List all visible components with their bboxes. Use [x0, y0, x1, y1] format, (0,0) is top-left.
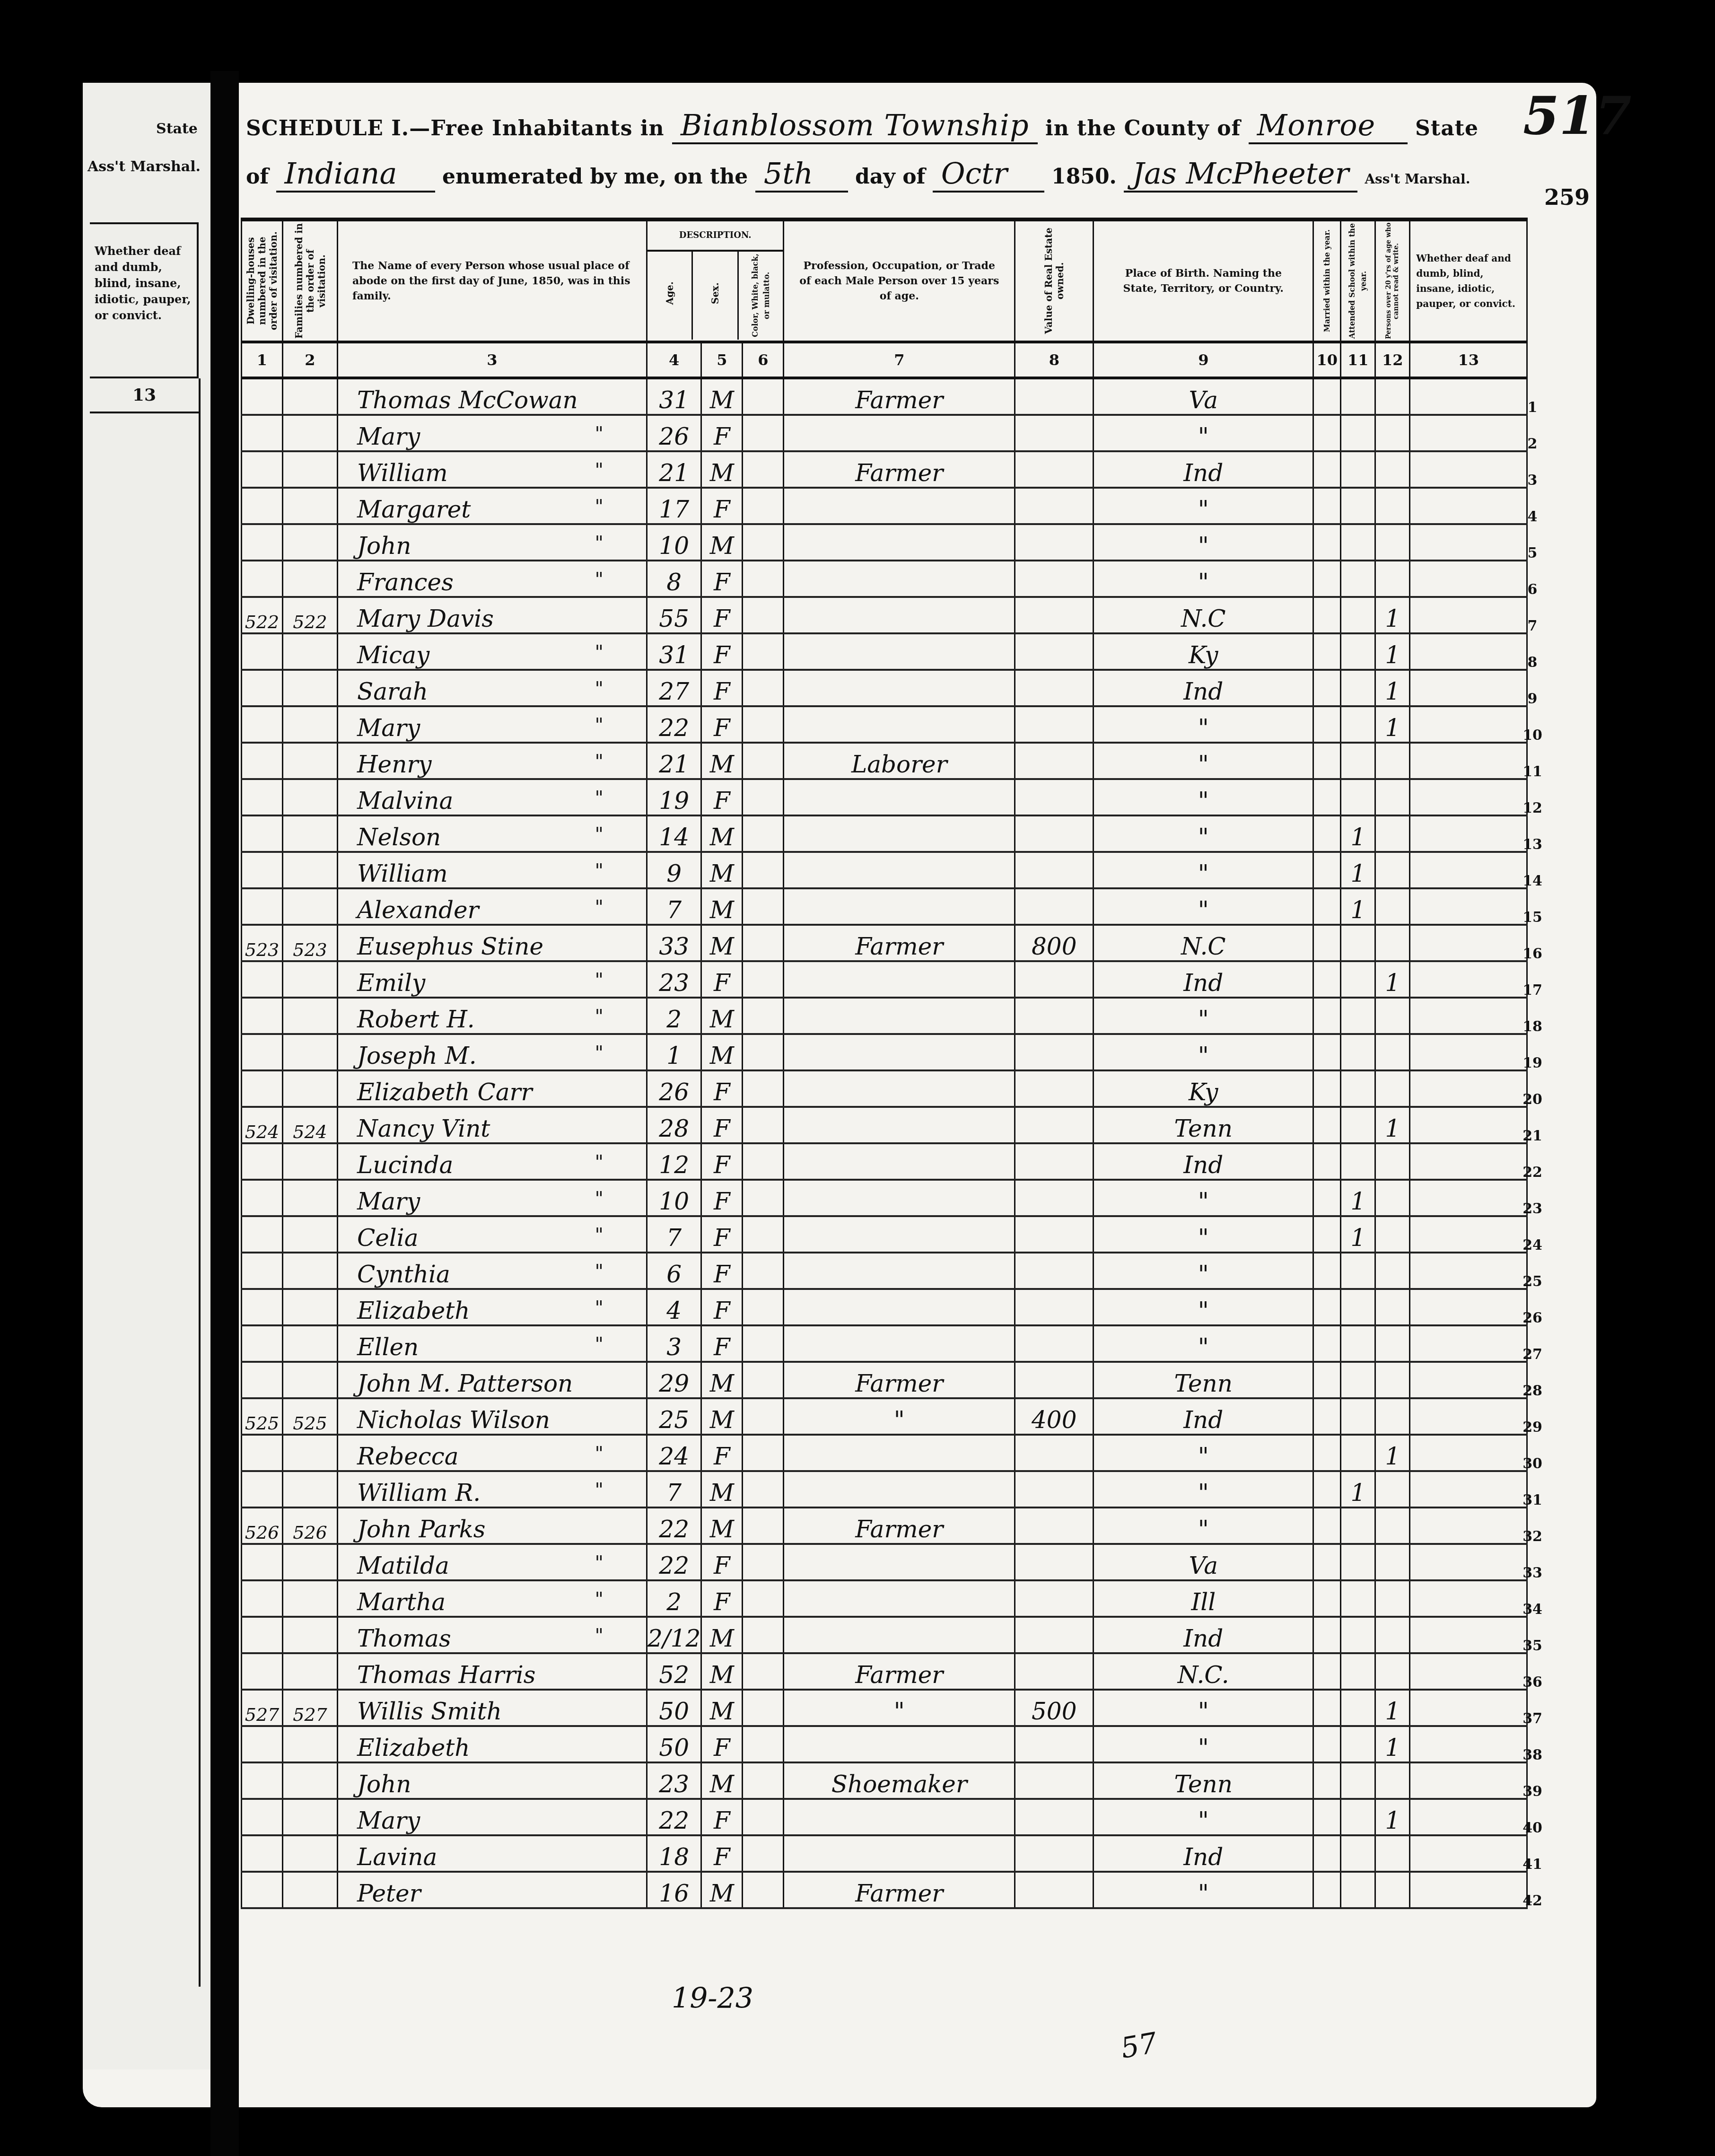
dwelling-number-cell	[242, 1070, 283, 1107]
birthplace: "	[1198, 1188, 1209, 1215]
married-mark-cell	[1313, 779, 1341, 815]
birthplace-cell: "	[1094, 561, 1313, 597]
person-name: Cynthia	[357, 1261, 450, 1288]
family-number-cell: 524	[283, 1107, 338, 1143]
person-name: Nicholas Wilson	[357, 1406, 550, 1434]
real-estate-value-cell	[1015, 1325, 1094, 1362]
real-estate-value: 400	[1032, 1406, 1076, 1434]
condition-cell	[1410, 1690, 1527, 1726]
line-number: 31	[1518, 1482, 1547, 1518]
birthplace-cell: "	[1094, 488, 1313, 524]
sex-cell: F	[701, 1726, 743, 1762]
dwelling-number: 524	[245, 1122, 280, 1142]
line-number: 36	[1518, 1664, 1547, 1700]
family-number-cell	[283, 415, 338, 451]
birthplace-cell: Ky	[1094, 633, 1313, 670]
dwelling-number-cell	[242, 852, 283, 888]
age-cell: 10	[647, 1180, 701, 1216]
occupation-cell: Farmer	[784, 1362, 1015, 1398]
illiterate-mark-cell	[1375, 1544, 1410, 1580]
age-cell: 2	[647, 1580, 701, 1617]
person-name: John M. Patterson	[357, 1370, 573, 1397]
school-mark: 1	[1350, 824, 1365, 851]
school-mark-cell: 1	[1341, 888, 1375, 925]
married-mark-cell	[1313, 888, 1341, 925]
condition-cell	[1410, 925, 1527, 961]
sex-cell: F	[701, 1253, 743, 1289]
age-cell: 22	[647, 1507, 701, 1544]
birthplace: "	[1198, 714, 1209, 742]
illiterate-mark-cell: 1	[1375, 1107, 1410, 1143]
line-number: 33	[1518, 1555, 1547, 1591]
age: 31	[659, 386, 689, 414]
school-mark-cell	[1341, 925, 1375, 961]
family-number-cell	[283, 1435, 338, 1471]
real-estate-value: 500	[1032, 1698, 1076, 1725]
birthplace: "	[1198, 1443, 1209, 1470]
age: 2	[666, 1588, 682, 1616]
illiterate-mark-cell	[1375, 888, 1410, 925]
occupation-cell	[784, 998, 1015, 1034]
birthplace-cell: "	[1094, 998, 1313, 1034]
person-name-cell: Nelson"	[338, 815, 647, 852]
married-mark-cell	[1313, 1325, 1341, 1362]
dwelling-number-cell	[242, 779, 283, 815]
person-name-cell: Thomas McCowan	[338, 378, 647, 415]
page-number: 259	[1544, 184, 1590, 210]
occupation: Farmer	[855, 1880, 943, 1907]
real-estate-value-cell	[1015, 1653, 1094, 1690]
occupation-cell	[784, 1580, 1015, 1617]
occupation-cell: Farmer	[784, 925, 1015, 961]
color-cell	[743, 1799, 784, 1835]
sex: M	[710, 459, 734, 487]
birthplace-cell: "	[1094, 743, 1313, 779]
school-mark: 1	[1350, 1188, 1365, 1215]
age-cell: 16	[647, 1872, 701, 1908]
occupation-cell: Farmer	[784, 1872, 1015, 1908]
person-name: Mary	[357, 1807, 420, 1834]
occupation: "	[894, 1406, 905, 1434]
occupation-cell	[784, 961, 1015, 998]
school-mark-cell	[1341, 1034, 1375, 1070]
occupation-cell: "	[784, 1690, 1015, 1726]
person-name: William	[357, 860, 448, 887]
school-mark-cell	[1341, 706, 1375, 743]
left-strip-col13-header: Whether deaf and dumb, blind, insane, id…	[90, 222, 199, 378]
family-number: 524	[293, 1122, 327, 1142]
sex-cell: F	[701, 670, 743, 706]
line-number: 27	[1518, 1336, 1547, 1373]
ditto-mark: "	[595, 1151, 604, 1173]
married-mark-cell	[1313, 1507, 1341, 1544]
dwelling-number-cell: 523	[242, 925, 283, 961]
married-mark-cell	[1313, 1726, 1341, 1762]
birthplace-cell: "	[1094, 706, 1313, 743]
illiterate-mark-cell: 1	[1375, 706, 1410, 743]
age-cell: 22	[647, 706, 701, 743]
person-name: Alexander	[357, 896, 479, 924]
dwelling-number-cell	[242, 961, 283, 998]
occupation-cell	[784, 706, 1015, 743]
married-mark-cell	[1313, 1180, 1341, 1216]
age: 50	[659, 1698, 689, 1725]
sex-cell: F	[701, 1070, 743, 1107]
birthplace-cell: "	[1094, 852, 1313, 888]
age-cell: 33	[647, 925, 701, 961]
sex-cell: M	[701, 1653, 743, 1690]
birthplace: "	[1198, 1479, 1209, 1507]
birthplace: "	[1198, 532, 1209, 560]
sex-cell: M	[701, 1398, 743, 1435]
table-row: Micay"31FKy1	[242, 633, 1527, 670]
sex: F	[714, 1151, 730, 1179]
sex: F	[714, 605, 730, 632]
column-numbers: 1 2 3 4 5 6 7 8 9 10 11 12 13	[242, 342, 1527, 378]
table-row: Ellen"3F"	[242, 1325, 1527, 1362]
person-name-cell: Lavina	[338, 1835, 647, 1872]
condition-cell	[1410, 633, 1527, 670]
school-mark-cell: 1	[1341, 815, 1375, 852]
age: 22	[659, 1516, 689, 1543]
school-mark-cell: 1	[1341, 1216, 1375, 1253]
illiterate-mark: 1	[1385, 969, 1400, 997]
person-name-cell: Henry"	[338, 743, 647, 779]
person-name: Margaret	[357, 496, 471, 523]
married-mark-cell	[1313, 1143, 1341, 1180]
condition-cell	[1410, 524, 1527, 561]
age-cell: 29	[647, 1362, 701, 1398]
color-cell	[743, 378, 784, 415]
dwelling-number-cell	[242, 378, 283, 415]
married-mark-cell	[1313, 998, 1341, 1034]
married-mark-cell	[1313, 1690, 1341, 1726]
birthplace: "	[1198, 1297, 1209, 1324]
state-field: Indiana	[276, 156, 435, 193]
col-header-sex: Sex.	[709, 282, 721, 304]
person-name: Nancy Vint	[357, 1115, 490, 1142]
illiterate-mark-cell: 1	[1375, 1799, 1410, 1835]
birthplace-cell: "	[1094, 1216, 1313, 1253]
married-mark-cell	[1313, 1362, 1341, 1398]
married-mark-cell	[1313, 706, 1341, 743]
color-cell	[743, 1835, 784, 1872]
color-cell	[743, 925, 784, 961]
person-name-cell: William"	[338, 852, 647, 888]
schedule-title-line-2: of Indiana enumerated by me, on the 5th …	[246, 156, 1470, 193]
family-number-cell: 527	[283, 1690, 338, 1726]
color-cell	[743, 451, 784, 488]
occupation-cell: Laborer	[784, 743, 1015, 779]
sex-cell: M	[701, 888, 743, 925]
table-row: Frances"8F"	[242, 561, 1527, 597]
schedule-label: SCHEDULE I.—Free Inhabitants in	[246, 116, 665, 140]
col-header-birthplace: Place of Birth. Naming the State, Territ…	[1094, 219, 1313, 342]
marshal-signature: Jas McPheeter	[1124, 156, 1357, 193]
color-cell	[743, 524, 784, 561]
birthplace: Tenn	[1174, 1770, 1233, 1798]
person-name-cell: Malvina"	[338, 779, 647, 815]
age-cell: 7	[647, 1216, 701, 1253]
birthplace-cell: "	[1094, 1726, 1313, 1762]
occupation-cell	[784, 1107, 1015, 1143]
age: 8	[666, 569, 682, 596]
line-number: 4	[1518, 499, 1547, 535]
condition-cell	[1410, 888, 1527, 925]
line-number: 17	[1518, 972, 1547, 1008]
person-name-cell: Alexander"	[338, 888, 647, 925]
birthplace-cell: "	[1094, 888, 1313, 925]
married-mark-cell	[1313, 1471, 1341, 1507]
school-mark-cell	[1341, 488, 1375, 524]
person-name-cell: Elizabeth Carr	[338, 1070, 647, 1107]
dwelling-number-cell	[242, 815, 283, 852]
person-name: Emily	[357, 969, 425, 997]
dwelling-number-cell	[242, 1617, 283, 1653]
birthplace-cell: "	[1094, 1325, 1313, 1362]
table-row: 524524Nancy Vint28FTenn1	[242, 1107, 1527, 1143]
table-row: Nelson"14M"1	[242, 815, 1527, 852]
table-row: Mary22F"1	[242, 1799, 1527, 1835]
school-mark-cell	[1341, 1289, 1375, 1325]
person-name-cell: Nicholas Wilson	[338, 1398, 647, 1435]
birthplace: "	[1198, 896, 1209, 924]
age-cell: 23	[647, 961, 701, 998]
col-header-age: Age.	[664, 281, 675, 305]
birthplace-cell: "	[1094, 1034, 1313, 1070]
married-mark-cell	[1313, 852, 1341, 888]
left-strip-marshal-label: Ass't Marshal.	[87, 158, 201, 175]
color-cell	[743, 1070, 784, 1107]
sex: M	[710, 1770, 734, 1798]
sex: M	[710, 933, 734, 960]
real-estate-value-cell	[1015, 1580, 1094, 1617]
real-estate-value-cell	[1015, 998, 1094, 1034]
person-name: Willis Smith	[357, 1698, 502, 1725]
age: 23	[659, 1770, 689, 1798]
table-row: John"10M"	[242, 524, 1527, 561]
family-number-cell	[283, 488, 338, 524]
age: 9	[666, 860, 682, 887]
occupation-cell	[784, 1253, 1015, 1289]
sex: F	[714, 1588, 730, 1616]
person-name-cell: Margaret"	[338, 488, 647, 524]
real-estate-value-cell	[1015, 633, 1094, 670]
birthplace-cell: "	[1094, 524, 1313, 561]
occupation-cell	[784, 1070, 1015, 1107]
sex-cell: M	[701, 1362, 743, 1398]
sex-cell: M	[701, 1872, 743, 1908]
line-number: 20	[1518, 1081, 1547, 1118]
table-row: Cynthia"6F"	[242, 1253, 1527, 1289]
family-number-cell	[283, 998, 338, 1034]
tally-note: 19-23	[672, 1982, 753, 2015]
table-row: Elizabeth"4F"	[242, 1289, 1527, 1325]
sex: F	[714, 969, 730, 997]
age: 3	[666, 1333, 682, 1361]
col-header-married: Married within the year.	[1313, 219, 1341, 342]
birthplace-cell: Tenn	[1094, 1762, 1313, 1799]
real-estate-value-cell	[1015, 1471, 1094, 1507]
occupation-cell	[784, 1289, 1015, 1325]
age: 28	[659, 1115, 689, 1142]
sex-cell: F	[701, 1289, 743, 1325]
age: 29	[659, 1370, 689, 1397]
condition-cell	[1410, 1398, 1527, 1435]
color-cell	[743, 1617, 784, 1653]
occupation-cell	[784, 524, 1015, 561]
birthplace: "	[1198, 824, 1209, 851]
married-mark-cell	[1313, 1544, 1341, 1580]
table-row: 527527Willis Smith50M"500"1	[242, 1690, 1527, 1726]
sex: F	[714, 787, 730, 815]
school-mark: 1	[1350, 896, 1365, 924]
dwelling-number: 523	[245, 939, 280, 960]
sex-cell: M	[701, 1762, 743, 1799]
school-mark-cell	[1341, 1690, 1375, 1726]
condition-cell	[1410, 1799, 1527, 1835]
ditto-mark: "	[595, 1625, 604, 1647]
birthplace: Ill	[1191, 1588, 1216, 1616]
birthplace-cell: "	[1094, 1180, 1313, 1216]
age-cell: 55	[647, 597, 701, 633]
enumerated-label: enumerated by me, on the	[442, 165, 748, 189]
age-cell: 17	[647, 488, 701, 524]
ditto-mark: "	[595, 714, 604, 736]
real-estate-value-cell	[1015, 1216, 1094, 1253]
birthplace-cell: N.C	[1094, 597, 1313, 633]
month-field: Octr	[933, 156, 1044, 193]
table-row: Peter16MFarmer"	[242, 1872, 1527, 1908]
real-estate-value-cell	[1015, 1544, 1094, 1580]
sex-cell: F	[701, 779, 743, 815]
illiterate-mark: 1	[1385, 1443, 1400, 1470]
occupation-cell: Farmer	[784, 451, 1015, 488]
real-estate-value-cell	[1015, 815, 1094, 852]
age-cell: 50	[647, 1726, 701, 1762]
real-estate-value-cell: 800	[1015, 925, 1094, 961]
line-number: 15	[1518, 899, 1547, 936]
illiterate-mark-cell	[1375, 1835, 1410, 1872]
real-estate-value-cell	[1015, 888, 1094, 925]
occupation-cell	[784, 1143, 1015, 1180]
person-name: Elizabeth Carr	[357, 1078, 532, 1106]
condition-cell	[1410, 1471, 1527, 1507]
age: 7	[666, 896, 682, 924]
ditto-mark: "	[595, 569, 604, 590]
table-row: Thomas"2/12MInd	[242, 1617, 1527, 1653]
line-number: 40	[1518, 1810, 1547, 1846]
age: 18	[659, 1843, 689, 1871]
person-name-cell: Nancy Vint	[338, 1107, 647, 1143]
dwelling-number-cell	[242, 1325, 283, 1362]
birthplace-cell: Ill	[1094, 1580, 1313, 1617]
person-name: John	[357, 532, 411, 560]
age-cell: 22	[647, 1799, 701, 1835]
dwelling-number-cell	[242, 888, 283, 925]
real-estate-value-cell	[1015, 561, 1094, 597]
line-number: 2	[1518, 426, 1547, 462]
real-estate-value-cell	[1015, 1435, 1094, 1471]
person-name: Micay	[357, 641, 429, 669]
occupation: Farmer	[855, 1516, 943, 1543]
person-name: Malvina	[357, 787, 453, 815]
illiterate-mark-cell: 1	[1375, 1435, 1410, 1471]
condition-cell	[1410, 1107, 1527, 1143]
sex: F	[714, 678, 730, 705]
school-mark-cell	[1341, 561, 1375, 597]
color-cell	[743, 1107, 784, 1143]
person-name-cell: Eusephus Stine	[338, 925, 647, 961]
sex: F	[714, 1188, 730, 1215]
table-row: Lavina18FInd	[242, 1835, 1527, 1872]
sex: M	[710, 1516, 734, 1543]
illiterate-mark-cell	[1375, 1872, 1410, 1908]
age: 50	[659, 1734, 689, 1762]
condition-cell	[1410, 998, 1527, 1034]
married-mark-cell	[1313, 451, 1341, 488]
person-name-cell: Martha"	[338, 1580, 647, 1617]
year-label: 1850.	[1051, 165, 1117, 189]
birthplace-cell: N.C	[1094, 925, 1313, 961]
ditto-mark: "	[595, 1224, 604, 1246]
family-number-cell	[283, 1216, 338, 1253]
age: 14	[659, 824, 689, 851]
ditto-mark: "	[595, 496, 604, 517]
ditto-mark: "	[595, 969, 604, 991]
married-mark-cell	[1313, 925, 1341, 961]
condition-cell	[1410, 1507, 1527, 1544]
birthplace: Ky	[1189, 1078, 1218, 1106]
person-name-cell: John Parks	[338, 1507, 647, 1544]
family-number-cell	[283, 706, 338, 743]
occupation-cell	[784, 1325, 1015, 1362]
condition-cell	[1410, 1580, 1527, 1617]
person-name-cell: Celia"	[338, 1216, 647, 1253]
age-cell: 50	[647, 1690, 701, 1726]
color-cell	[743, 1872, 784, 1908]
birthplace-cell: Va	[1094, 378, 1313, 415]
age: 55	[659, 605, 689, 632]
illiterate-mark-cell	[1375, 743, 1410, 779]
school-mark-cell	[1341, 1653, 1375, 1690]
age-cell: 3	[647, 1325, 701, 1362]
real-estate-value-cell	[1015, 1253, 1094, 1289]
occupation-cell: Farmer	[784, 1507, 1015, 1544]
age-cell: 1	[647, 1034, 701, 1070]
person-name-cell: Mary"	[338, 706, 647, 743]
real-estate-value-cell	[1015, 1507, 1094, 1544]
real-estate-value-cell	[1015, 415, 1094, 451]
sex: M	[710, 860, 734, 887]
occupation-cell	[784, 1726, 1015, 1762]
dwelling-number-cell	[242, 1799, 283, 1835]
family-number: 527	[293, 1704, 327, 1725]
condition-cell	[1410, 1216, 1527, 1253]
married-mark-cell	[1313, 561, 1341, 597]
condition-cell	[1410, 488, 1527, 524]
married-mark-cell	[1313, 1253, 1341, 1289]
occupation-cell	[784, 597, 1015, 633]
dwelling-number-cell	[242, 1726, 283, 1762]
family-number-cell	[283, 1799, 338, 1835]
sex: F	[714, 641, 730, 669]
day-label: day of	[855, 165, 925, 189]
left-strip-state-label: State	[156, 121, 198, 137]
age: 19	[659, 787, 689, 815]
illiterate-mark-cell: 1	[1375, 633, 1410, 670]
age-cell: 18	[647, 1835, 701, 1872]
